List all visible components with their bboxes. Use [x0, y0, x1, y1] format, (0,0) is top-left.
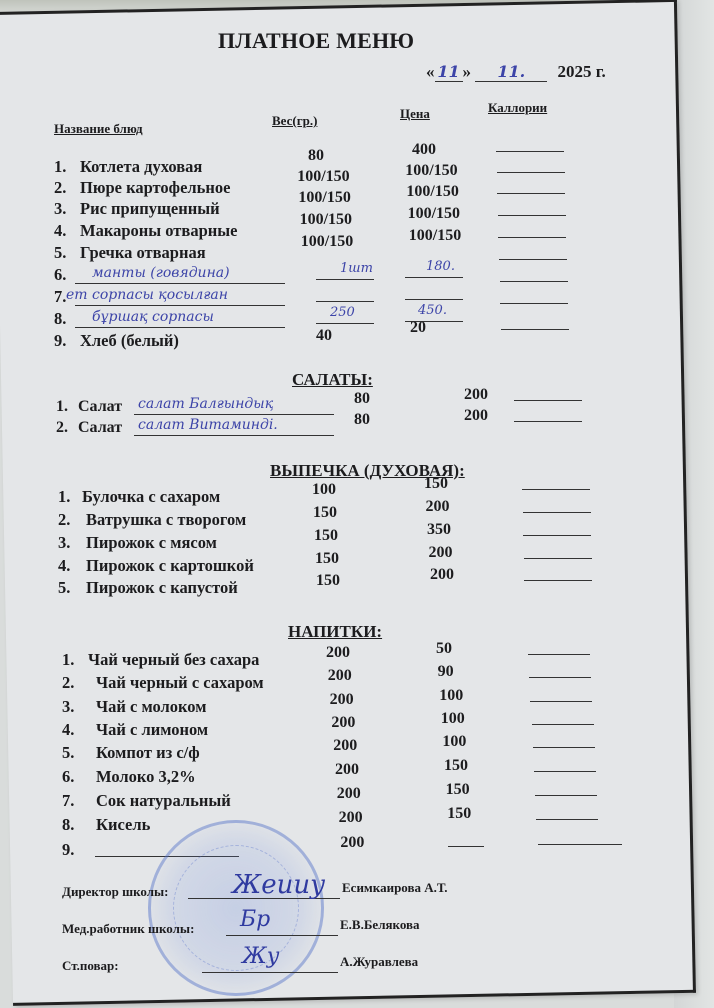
section-heading-drinks: НАПИТКИ:	[288, 622, 382, 642]
drink-weight: 200	[333, 737, 357, 755]
weight-blank-line	[316, 301, 374, 302]
list-item-number: 5.	[58, 578, 70, 598]
signature-line	[226, 935, 338, 936]
handwritten-signature: Бр	[240, 907, 270, 932]
drink-price: 50	[436, 640, 452, 658]
document-date: «11» 11. 2025 г.	[426, 62, 606, 82]
dish-weight: 40	[316, 327, 332, 345]
signatory-role: Ст.повар:	[62, 958, 119, 974]
list-item-number: 6.	[54, 265, 66, 285]
pastry-weight: 150	[314, 527, 338, 545]
official-stamp	[148, 820, 324, 996]
calories-blank-line	[538, 844, 622, 845]
drink-name: Чай черный без сахара	[88, 650, 259, 670]
pastry-weight: 100	[312, 481, 336, 499]
date-year: 2025 г.	[558, 62, 606, 81]
drink-price: 150	[444, 757, 468, 775]
drink-weight: 200	[326, 644, 350, 662]
list-item-number: 7.	[54, 287, 66, 307]
signatory-role: Мед.работник школы:	[62, 921, 194, 937]
signatory-name: Есимкаирова А.Т.	[342, 880, 448, 896]
weight-blank-line	[316, 279, 374, 280]
pastry-price: 350	[427, 521, 451, 539]
list-item-number: 2.	[56, 419, 68, 437]
pastry-name: Пирожок с капустой	[86, 578, 238, 598]
dish-price: 100/150	[408, 205, 460, 223]
pastry-price: 150	[424, 475, 448, 493]
pastry-weight: 150	[316, 572, 340, 590]
column-header-weight: Вес(гр.)	[272, 113, 317, 129]
calories-blank-line	[523, 535, 591, 536]
list-item-number: 3.	[62, 697, 74, 717]
calories-blank-line	[497, 172, 565, 173]
drink-name: Чай черный с сахаром	[96, 673, 264, 693]
column-header-price: Цена	[400, 106, 430, 122]
list-item-number: 3.	[54, 199, 66, 219]
date-close-quote: »	[463, 62, 472, 81]
pastry-price: 200	[430, 566, 454, 584]
handwritten-weight: 250	[330, 305, 355, 320]
handwritten-weight: 1шт	[340, 261, 373, 276]
column-header-name: Название блюд	[54, 121, 143, 137]
column-header-calories: Каллории	[488, 100, 547, 116]
drink-name: Молоко 3,2%	[96, 767, 196, 787]
drink-weight: 200	[339, 809, 363, 827]
dish-weight: 100/150	[301, 233, 353, 251]
calories-blank-line	[498, 237, 566, 238]
section-heading-salads: САЛАТЫ:	[292, 370, 373, 390]
calories-blank-line	[499, 259, 567, 260]
calories-blank-line	[496, 151, 564, 152]
calories-blank-line	[532, 724, 594, 725]
dish-weight: 100/150	[297, 168, 349, 186]
pastry-name: Ватрушка с творогом	[86, 510, 246, 530]
salad-weight: 80	[354, 411, 370, 429]
handwritten-price: 450.	[418, 303, 447, 318]
list-item-number: 2.	[58, 510, 70, 530]
calories-blank-line	[529, 677, 591, 678]
pastry-weight: 150	[315, 550, 339, 568]
calories-blank-line	[497, 193, 565, 194]
price-blank-line	[405, 299, 463, 300]
salad-prefix: Салат	[78, 419, 122, 437]
drink-price: 90	[438, 663, 454, 681]
weight-blank-line	[316, 323, 374, 324]
dish-name: Пюре картофельное	[80, 178, 230, 198]
dish-name: Рис припущенный	[80, 199, 220, 219]
calories-blank-line	[522, 489, 590, 490]
list-item-number: 1.	[56, 398, 68, 416]
salad-price: 200	[464, 386, 488, 404]
date-month: 11.	[475, 62, 547, 82]
list-item-number: 2.	[62, 673, 74, 693]
drink-name: Компот из с/ф	[96, 743, 200, 763]
drink-weight: 200	[337, 785, 361, 803]
list-item-number: 4.	[58, 556, 70, 576]
handwritten-signature: Жеииу	[232, 870, 325, 900]
drink-weight: 200	[331, 714, 355, 732]
calories-blank-line	[536, 819, 598, 820]
calories-blank-line	[535, 795, 597, 796]
drink-weight: 200	[330, 691, 354, 709]
dish-name: Хлеб (белый)	[80, 331, 179, 351]
list-item-number: 3.	[58, 533, 70, 553]
calories-blank-line	[501, 329, 569, 330]
list-item-number: 4.	[62, 720, 74, 740]
handwritten-dish-name: ет сорпасы қосылған	[66, 287, 228, 303]
salad-price: 200	[464, 407, 488, 425]
handwritten-price: 180.	[426, 259, 455, 274]
list-item-number: 5.	[62, 743, 74, 763]
calories-blank-line	[530, 701, 592, 702]
dish-name: Гречка отварная	[80, 243, 206, 263]
drink-name: Сок натуральный	[96, 791, 231, 811]
signatory-name: А.Журавлева	[340, 954, 418, 970]
handwritten-salad-name: салат Витаминді.	[138, 417, 278, 433]
signature-line	[202, 972, 338, 973]
calories-blank-line	[514, 400, 582, 401]
drink-name: Чай с молоком	[96, 697, 206, 717]
calories-blank-line	[524, 558, 592, 559]
date-open-quote: «	[426, 62, 435, 81]
pastry-price: 200	[426, 498, 450, 516]
pastry-price: 200	[429, 544, 453, 562]
pastry-name: Пирожок с картошкой	[86, 556, 254, 576]
calories-blank-line	[500, 303, 568, 304]
calories-blank-line	[498, 215, 566, 216]
salad-prefix: Салат	[78, 398, 122, 416]
drink-weight: 200	[328, 667, 352, 685]
drink-weight: 200	[340, 834, 364, 852]
calories-blank-line	[500, 281, 568, 282]
drink-price: 100	[442, 733, 466, 751]
handwritten-dish-name: бұршақ сорпасы	[92, 309, 214, 325]
dish-price: 20	[410, 319, 426, 337]
dish-price: 100/150	[406, 183, 458, 201]
dish-price: 400	[412, 141, 436, 159]
dish-price: 100/150	[409, 227, 461, 245]
drink-name: Чай с лимоном	[96, 720, 208, 740]
list-item-number: 1.	[54, 157, 66, 177]
name-blank-line	[134, 414, 334, 415]
calories-blank-line	[528, 654, 590, 655]
list-item-number: 8.	[54, 309, 66, 329]
name-blank-line	[75, 305, 285, 306]
calories-blank-line	[533, 747, 595, 748]
list-item-number: 8.	[62, 815, 74, 835]
date-day: 11	[435, 62, 463, 82]
drink-name: Кисель	[96, 815, 150, 835]
price-blank-line	[448, 846, 484, 847]
list-item-number: 9.	[54, 331, 66, 351]
list-item-number: 5.	[54, 243, 66, 263]
calories-blank-line	[514, 421, 582, 422]
drink-price: 100	[439, 687, 463, 705]
dish-weight: 100/150	[298, 189, 350, 207]
price-blank-line	[405, 277, 463, 278]
calories-blank-line	[523, 512, 591, 513]
drink-price: 150	[446, 781, 470, 799]
dish-name: Котлета духовая	[80, 157, 202, 177]
list-item-number: 9.	[62, 840, 74, 860]
name-blank-line	[75, 327, 285, 328]
salad-weight: 80	[354, 390, 370, 408]
handwritten-signature: Жу	[242, 944, 279, 969]
pastry-name: Булочка с сахаром	[82, 487, 220, 507]
signatory-name: Е.В.Белякова	[340, 917, 420, 933]
handwritten-dish-name: манты (говядина)	[92, 265, 230, 281]
pastry-weight: 150	[313, 504, 337, 522]
drink-weight: 200	[335, 761, 359, 779]
signatory-role: Директор школы:	[62, 884, 169, 900]
pastry-name: Пирожок с мясом	[86, 533, 217, 553]
calories-blank-line	[534, 771, 596, 772]
dish-price: 100/150	[405, 162, 457, 180]
drink-price: 100	[441, 710, 465, 728]
drink-price: 150	[447, 805, 471, 823]
list-item-number: 1.	[62, 650, 74, 670]
handwritten-salad-name: салат Балғындық	[138, 396, 273, 412]
list-item-number: 4.	[54, 221, 66, 241]
dish-weight: 80	[308, 147, 324, 165]
name-blank-line	[75, 283, 285, 284]
dish-name: Макароны отварные	[80, 221, 237, 241]
list-item-number: 1.	[58, 487, 70, 507]
dish-weight: 100/150	[300, 211, 352, 229]
name-blank-line	[134, 435, 334, 436]
calories-blank-line	[524, 580, 592, 581]
list-item-number: 6.	[62, 767, 74, 787]
page-title: ПЛАТНОЕ МЕНЮ	[218, 28, 414, 54]
list-item-number: 7.	[62, 791, 74, 811]
list-item-number: 2.	[54, 178, 66, 198]
